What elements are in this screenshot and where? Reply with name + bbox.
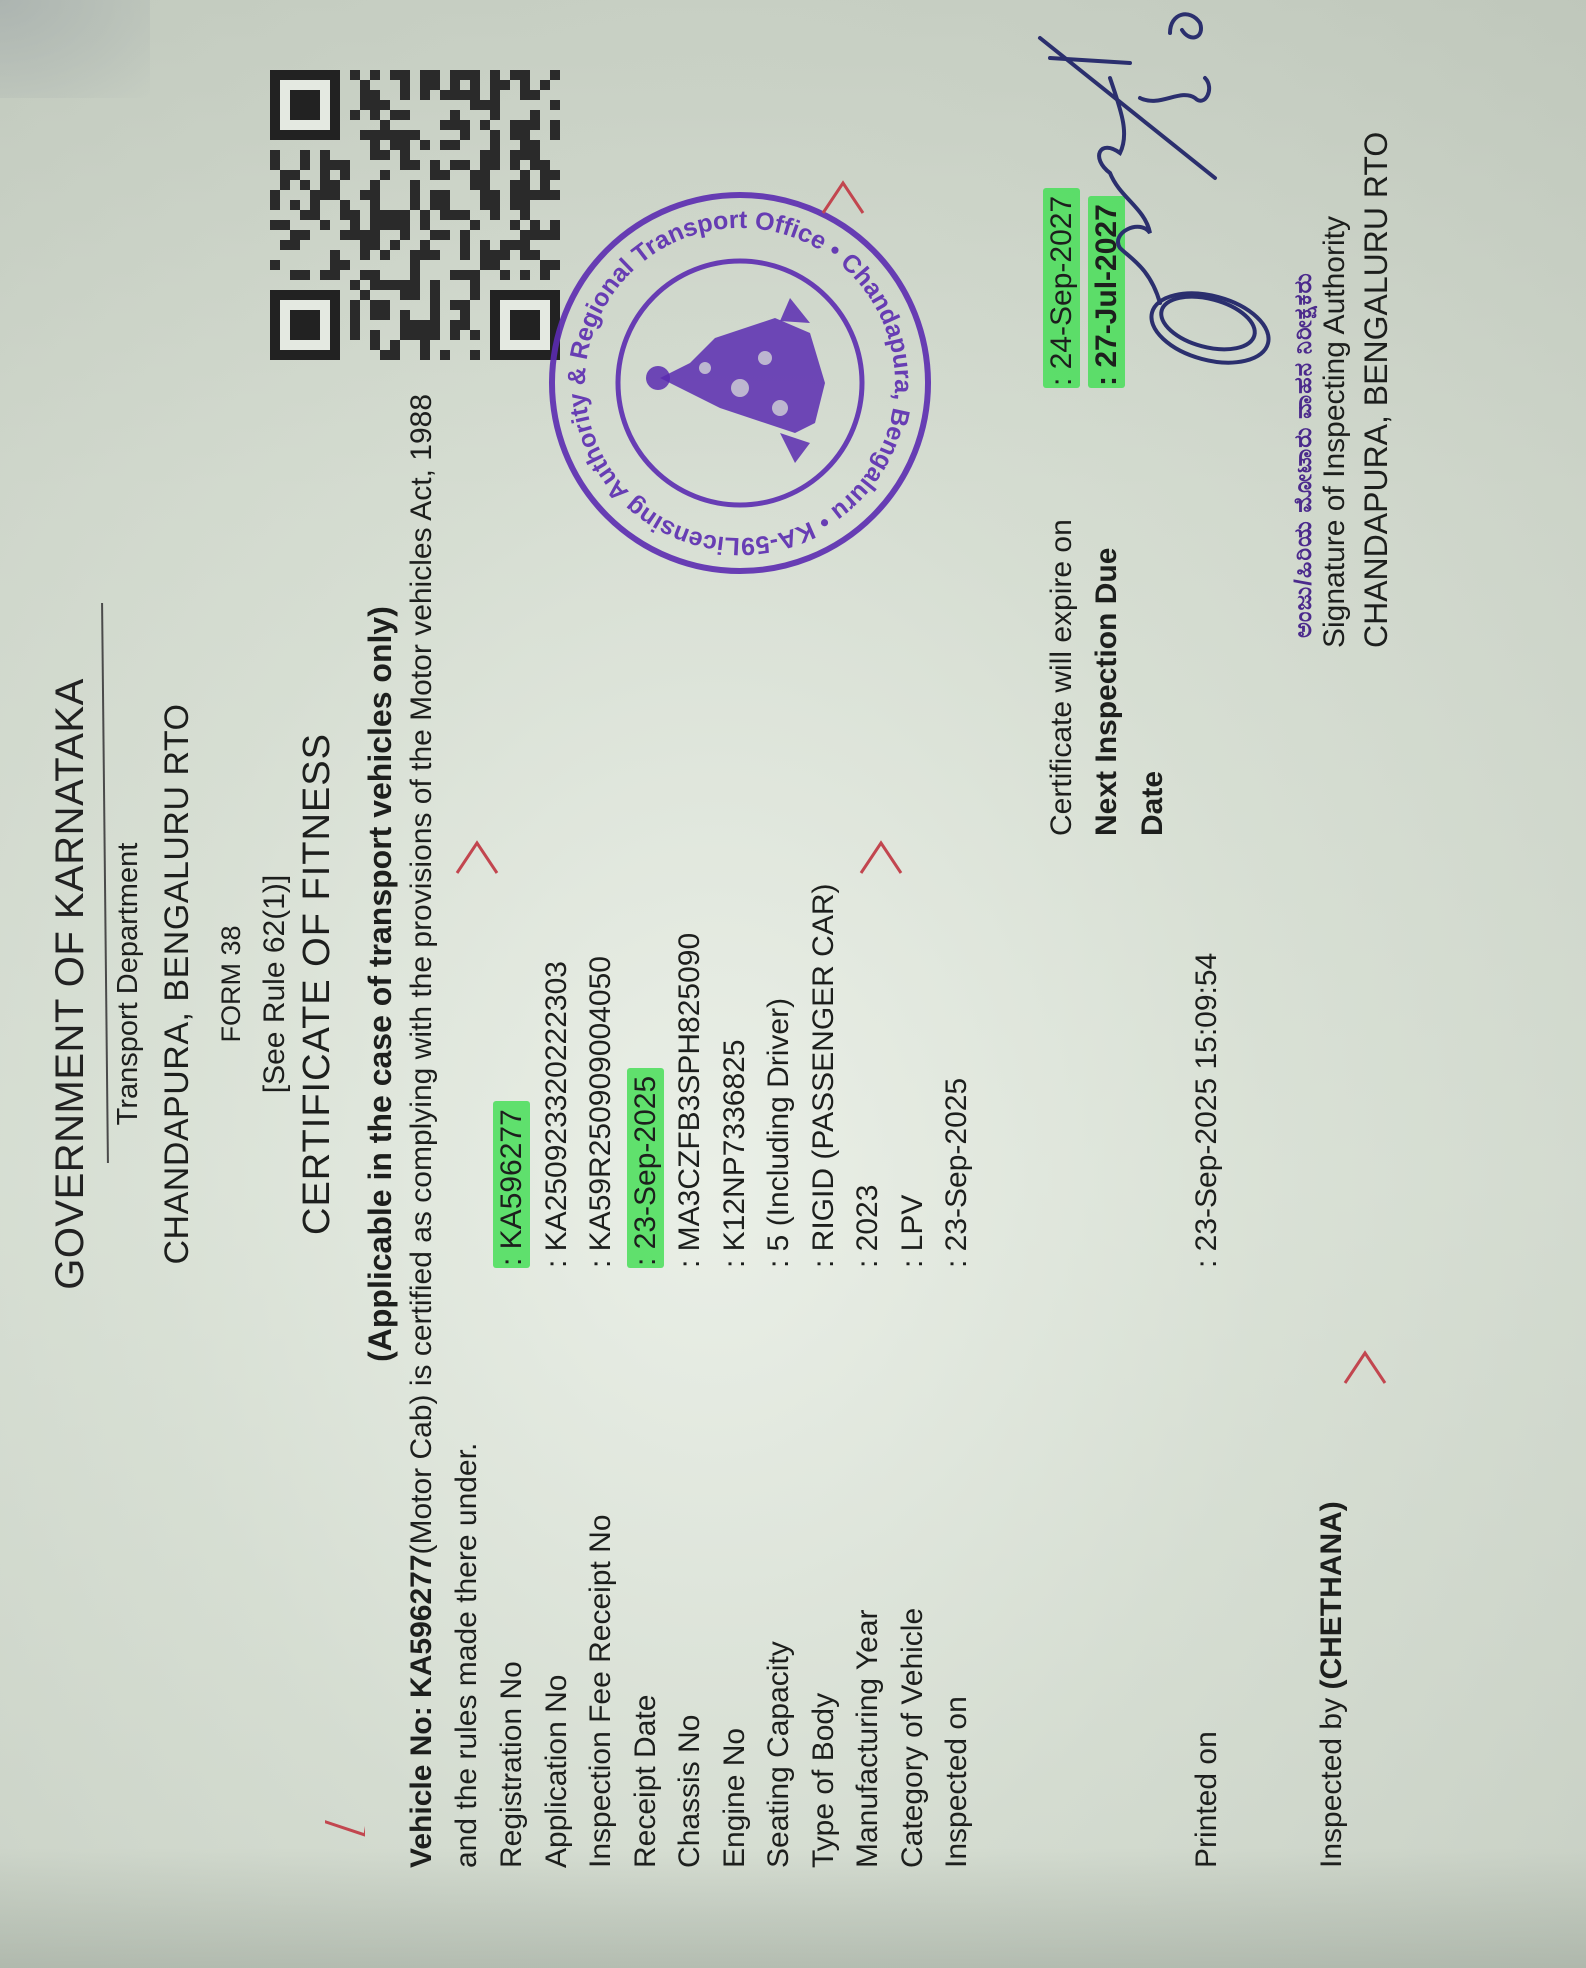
- signature-label: Signature of Inspecting Authority: [1318, 216, 1352, 648]
- field-label: Engine No: [718, 1728, 752, 1868]
- field-value: : 2023: [851, 1185, 885, 1268]
- inspected-by: Inspected by (CHETHANA): [1315, 1501, 1349, 1868]
- field-value: : 23-Sep-2025: [629, 1068, 663, 1268]
- field-value: : 5 (Including Driver): [762, 998, 796, 1268]
- field-value: : KA596277: [495, 1101, 529, 1268]
- field-value: : MA3CZFB3SPH825090: [673, 933, 707, 1268]
- field-value: : RIGID (PASSENGER CAR): [807, 884, 841, 1269]
- certification-statement: Vehicle No: KA596277(Motor Cab) is certi…: [405, 394, 439, 1868]
- field-value-text: : RIGID (PASSENGER CAR): [807, 884, 840, 1269]
- field-value-text: : 23-Sep-2025: [627, 1068, 664, 1268]
- tick-mark-icon: [856, 828, 916, 888]
- inspector-name: (CHETHANA): [1315, 1501, 1348, 1689]
- authority-office: CHANDAPURA, BENGALURU RTO: [1358, 132, 1395, 648]
- department-name: Transport Department: [112, 0, 145, 1968]
- field-value-text: : KA59R250909004050: [584, 956, 617, 1268]
- certification-text-line2: and the rules made there under.: [450, 1443, 484, 1868]
- printed-on-label: Printed on: [1190, 1731, 1224, 1868]
- tick-mark-icon: [1340, 1338, 1400, 1398]
- field-value-text: : KA596277: [493, 1101, 530, 1268]
- signature-label-prefix: Signature: [1318, 511, 1351, 648]
- printed-on-value: : 23-Sep-2025 15:09:54: [1190, 953, 1224, 1268]
- field-label: Inspection Fee Receipt No: [584, 1514, 618, 1868]
- certification-text: (Motor Cab) is certified as complying wi…: [405, 394, 438, 1555]
- next-inspection-label: Next Inspection Due: [1090, 548, 1124, 836]
- official-seal-icon: Licensing Authority & Regional Transport…: [540, 183, 940, 583]
- field-label: Seating Capacity: [762, 1641, 796, 1868]
- field-value: : 23-Sep-2025: [940, 1078, 974, 1268]
- field-value: : KA59R250909004050: [584, 956, 618, 1268]
- field-value: : LPV: [896, 1195, 930, 1268]
- signature-label-suffix: of Inspecting Authority: [1318, 216, 1351, 511]
- field-label: Application No: [540, 1675, 574, 1868]
- rto-office: CHANDAPURA, BENGALURU RTO: [158, 0, 197, 1968]
- certificate-paper: GOVERNMENT OF KARNATAKA Transport Depart…: [0, 0, 1586, 1968]
- vehicle-no: KA596277: [405, 1555, 438, 1698]
- field-label: Inspected on: [940, 1696, 974, 1868]
- field-value-text: : 2023: [851, 1185, 884, 1268]
- expiry-label: Certificate will expire on: [1045, 519, 1079, 836]
- field-label: Registration No: [495, 1661, 529, 1868]
- field-value-text: : 5 (Including Driver): [762, 998, 795, 1268]
- field-value: : K12NP7336825: [718, 1039, 752, 1268]
- field-value-text: : LPV: [896, 1195, 929, 1268]
- handwritten-signature-icon: [1010, 0, 1310, 408]
- field-value-text: : KA250923320222303: [540, 961, 573, 1268]
- qr-code-icon: [270, 70, 560, 360]
- field-label: Type of Body: [807, 1693, 841, 1868]
- form-number: FORM 38: [216, 0, 247, 1968]
- field-label: Category of Vehicle: [896, 1608, 930, 1868]
- tick-mark-icon: [818, 168, 878, 228]
- field-value-text: : MA3CZFB3SPH825090: [673, 933, 706, 1268]
- vehicle-no-label: Vehicle No:: [405, 1698, 438, 1868]
- field-label: Manufacturing Year: [851, 1609, 885, 1868]
- field-value: : KA250923320222303: [540, 961, 574, 1268]
- field-value-text: : K12NP7336825: [718, 1039, 751, 1268]
- next-inspection-label-line2: Date: [1136, 771, 1170, 836]
- inspected-by-label: Inspected by: [1315, 1690, 1348, 1868]
- field-value-text: : 23-Sep-2025: [940, 1078, 973, 1268]
- title-underline: [101, 603, 109, 1163]
- government-title: GOVERNMENT OF KARNATAKA: [48, 0, 93, 1968]
- field-label: Chassis No: [673, 1715, 707, 1868]
- tick-mark-icon: [325, 1790, 365, 1850]
- field-label: Receipt Date: [629, 1695, 663, 1868]
- tick-mark-icon: [452, 828, 512, 888]
